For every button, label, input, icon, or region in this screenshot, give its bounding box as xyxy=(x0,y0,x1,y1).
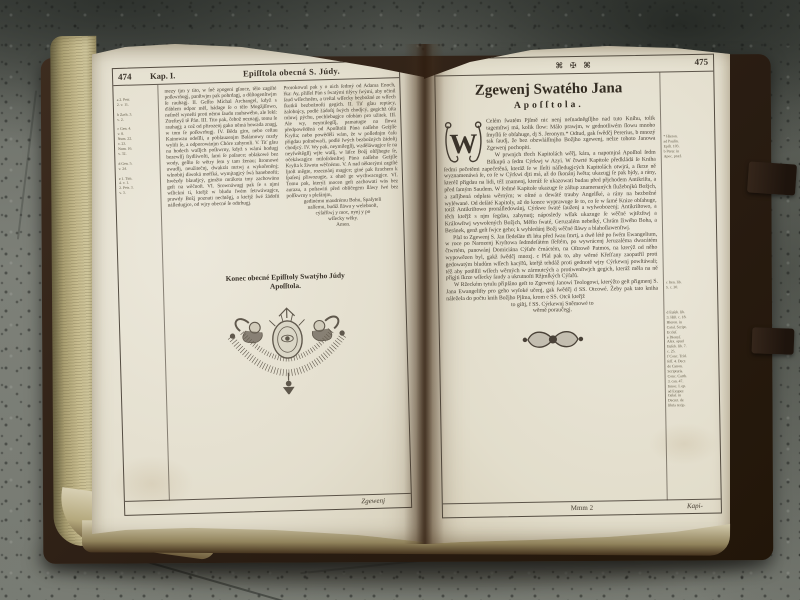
right-page-number: 475 xyxy=(695,57,709,67)
right-margin-column: * Hieron. ad Paulin. Epiſt. 103. b Perer… xyxy=(659,72,720,501)
colophon: Konec obecné Epiſſtoly Swatýho Júdy Apoſ… xyxy=(170,269,401,293)
left-page-number: 474 xyxy=(113,71,150,82)
margin-note-irenaeus: c Iren. lib. 5. c. 30. xyxy=(666,280,682,290)
left-page-frame: 474 Kap. I. Epiſſtola obecná S. Júdy. a … xyxy=(112,60,412,516)
book-title-line-2: Apoſſtola. xyxy=(443,99,655,113)
drop-cap-ornament: W xyxy=(443,120,484,165)
book-clasp-bottom xyxy=(752,327,795,354)
margin-note-hieron: * Hieron. ad Paulin. Epiſt. 103. b Perer… xyxy=(663,134,681,159)
paragraph-3: Pſal to Zgewenj S. Jan ſſedeſáte tři lét… xyxy=(445,231,658,282)
right-page: ⌘ ✠ ⌘ 475 Zgewenj Swatého Jana Apoſſtola… xyxy=(424,44,730,544)
right-page-body: Zgewenj Swatého Jana Apoſſtola. xyxy=(435,72,720,505)
text-column-1: mezy tjm y tito, w ſně zpogeni gſauce, t… xyxy=(164,86,281,265)
left-text-block: mezy tjm y tito, w ſně zpogeni gſauce, t… xyxy=(158,78,411,501)
book-photo: 474 Kap. I. Epiſſtola obecná S. Júdy. a … xyxy=(0,0,800,600)
header-cross-ornament: ⌘ ✠ ⌘ xyxy=(556,60,593,70)
left-page: 474 Kap. I. Epiſſtola obecná S. Júdy. a … xyxy=(92,42,424,544)
running-title-left: Epiſſtola obecná S. Júdy. xyxy=(200,64,399,80)
cherub-vignette-ornament xyxy=(220,300,355,396)
margin-note-fathers: d Euſeb. lib. 3. Hiſt. c. 18. Hieron. in… xyxy=(666,310,688,408)
catchword-left: Zgewenj xyxy=(361,497,385,506)
tailpiece-ornament xyxy=(522,326,584,353)
signature-mark: Mmm 2 xyxy=(443,502,721,515)
left-page-body: a 2. Petr. 2. v. 11. b Zach. 3. v. 2. c … xyxy=(113,78,411,502)
doxology-taper: gedinému maudrému Bohu, Spaſyteli naſſem… xyxy=(287,196,400,229)
drop-cap-letter: W xyxy=(449,129,478,160)
gutter-shadow xyxy=(404,44,444,544)
book-title-line-1: Zgewenj Swatého Jana xyxy=(442,80,654,101)
catchword-right: Kapi- xyxy=(687,502,703,510)
right-text-block: Zgewenj Swatého Jana Apoſſtola. xyxy=(435,73,666,505)
right-page-frame: ⌘ ✠ ⌘ 475 Zgewenj Swatého Jana Apoſſtola… xyxy=(434,54,722,519)
paragraph-1: W Celém ſwatém Pjſmě nic nenj neſnadněgſ… xyxy=(443,116,656,154)
book-clasp-top xyxy=(747,161,797,195)
chapter-label: Kap. I. xyxy=(150,70,200,81)
text-column-2: Prorokowal pak y o nich ſedmý od Adama E… xyxy=(283,82,400,261)
